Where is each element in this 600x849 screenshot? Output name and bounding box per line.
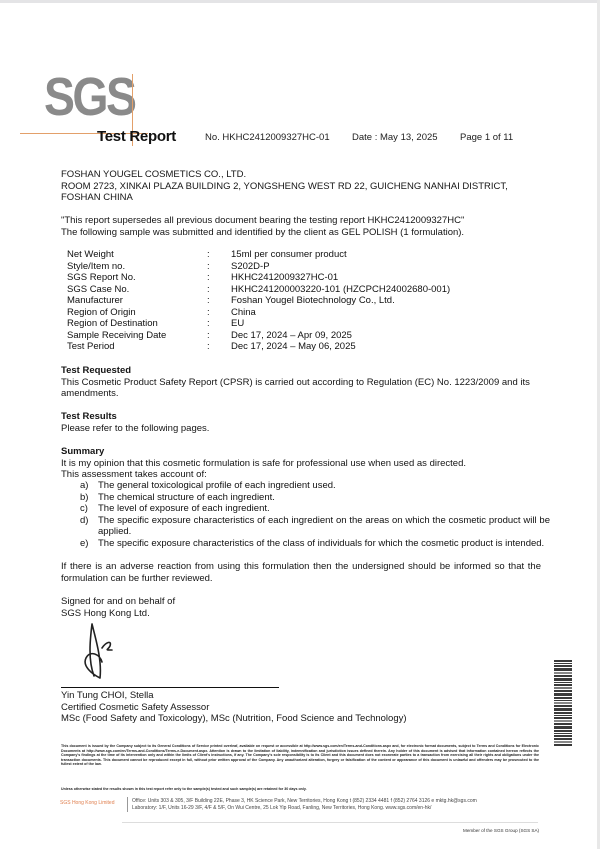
summary-closing: If there is an adverse reaction from usi… <box>61 561 541 584</box>
summary-intro: This assessment takes account of: <box>61 469 541 481</box>
sample-info-row: Test Period:Dec 17, 2024 – May 06, 2025 <box>67 341 450 353</box>
field-value: China <box>231 307 256 319</box>
intro-block: "This report supersedes all previous doc… <box>61 215 464 238</box>
test-requested-text: This Cosmetic Product Safety Report (CPS… <box>61 377 541 400</box>
sample-identification: The following sample was submitted and i… <box>61 227 464 239</box>
field-label: SGS Case No. <box>67 284 207 296</box>
report-date: Date : May 13, 2025 <box>352 132 438 143</box>
field-value: 15ml per consumer product <box>231 249 347 261</box>
member-statement: Member of the SGS Group (SGS SA) <box>463 828 539 833</box>
barcode-icon <box>554 660 572 762</box>
signed-for-block: Signed for and on behalf of SGS Hong Kon… <box>61 596 175 619</box>
test-results-section: Test Results Please refer to the followi… <box>61 411 541 434</box>
list-item: a)The general toxicological profile of e… <box>80 480 550 492</box>
field-label: Region of Destination <box>67 318 207 330</box>
footer-divider <box>127 797 128 812</box>
supersede-note: "This report supersedes all previous doc… <box>61 215 464 227</box>
page-indicator: Page 1 of 11 <box>460 132 513 143</box>
summary-section: Summary It is my opinion that this cosme… <box>61 446 541 481</box>
signatory-role: Certified Cosmetic Safety Assessor <box>61 702 407 714</box>
footer-rule <box>122 822 538 823</box>
field-label: Region of Origin <box>67 307 207 319</box>
test-results-text: Please refer to the following pages. <box>61 423 541 435</box>
sample-info-row: Region of Origin:China <box>67 307 450 319</box>
sample-info-row: SGS Case No.:HKHC241200003220-101 (HZCPC… <box>67 284 450 296</box>
list-item: e)The specific exposure characteristics … <box>80 538 550 550</box>
handwritten-signature-icon <box>78 620 128 682</box>
footer-office-address: Office: Units 303 & 305, 3/F Building 22… <box>132 798 477 805</box>
signatory-name: Yin Tung CHOI, Stella <box>61 690 407 702</box>
signatory-block: Yin Tung CHOI, Stella Certified Cosmetic… <box>61 690 407 725</box>
field-label: Style/Item no. <box>67 261 207 273</box>
client-address-line2: FOSHAN CHINA <box>61 192 508 204</box>
field-value: S202D-P <box>231 261 270 273</box>
sample-info-table: Net Weight:15ml per consumer product Sty… <box>67 249 450 353</box>
legal-disclaimer: This document is issued by the Company s… <box>61 744 539 767</box>
list-item: c)The level of exposure of each ingredie… <box>80 503 550 515</box>
report-number: No. HKHC2412009327HC-01 <box>205 132 330 143</box>
client-address-line1: ROOM 2723, XINKAI PLAZA BUILDING 2, YONG… <box>61 181 508 193</box>
field-value: HKHC2412009327HC-01 <box>231 272 338 284</box>
field-label: Net Weight <box>67 249 207 261</box>
summary-opinion: It is my opinion that this cosmetic form… <box>61 458 541 470</box>
field-label: Sample Receiving Date <box>67 330 207 342</box>
footer-contact: Office: Units 303 & 305, 3/F Building 22… <box>132 798 477 812</box>
sample-info-row: Net Weight:15ml per consumer product <box>67 249 450 261</box>
list-item: b)The chemical structure of each ingredi… <box>80 492 550 504</box>
field-value: Dec 17, 2024 – May 06, 2025 <box>231 341 356 353</box>
sample-info-row: Sample Receiving Date:Dec 17, 2024 – Apr… <box>67 330 450 342</box>
field-label: Manufacturer <box>67 295 207 307</box>
footer-lab-address: Laboratory: 1/F, Units 16-29 3/F, 4/F & … <box>132 805 477 812</box>
summary-heading: Summary <box>61 446 541 458</box>
field-value: Dec 17, 2024 – Apr 09, 2025 <box>231 330 352 342</box>
viewer-top-border <box>0 0 600 3</box>
test-results-heading: Test Results <box>61 411 541 423</box>
sgs-logo-text: SGS <box>44 70 134 124</box>
sample-info-row: Region of Destination:EU <box>67 318 450 330</box>
field-value: Foshan Yougel Biotechnology Co., Ltd. <box>231 295 395 307</box>
assessment-criteria-list: a)The general toxicological profile of e… <box>80 480 550 549</box>
footer-company: SGS Hong Kong Limited <box>60 800 114 806</box>
sample-info-row: SGS Report No.:HKHC2412009327HC-01 <box>67 272 450 284</box>
document-title: Test Report <box>97 128 176 145</box>
sample-info-row: Manufacturer:Foshan Yougel Biotechnology… <box>67 295 450 307</box>
signed-for-text: Signed for and on behalf of <box>61 596 175 608</box>
field-label: Test Period <box>67 341 207 353</box>
sample-retention-note: Unless otherwise stated the results show… <box>61 787 539 792</box>
sample-info-row: Style/Item no.:S202D-P <box>67 261 450 273</box>
list-item: d)The specific exposure characteristics … <box>80 515 550 538</box>
signatory-qualifications: MSc (Food Safety and Toxicology), MSc (N… <box>61 713 407 725</box>
test-requested-section: Test Requested This Cosmetic Product Saf… <box>61 365 541 400</box>
field-label: SGS Report No. <box>67 272 207 284</box>
field-value: EU <box>231 318 244 330</box>
signing-company: SGS Hong Kong Ltd. <box>61 608 175 620</box>
field-value: HKHC241200003220-101 (HZCPCH24002680-001… <box>231 284 450 296</box>
signature-line <box>61 687 279 688</box>
client-name: FOSHAN YOUGEL COSMETICS CO., LTD. <box>61 169 508 181</box>
test-requested-heading: Test Requested <box>61 365 541 377</box>
client-block: FOSHAN YOUGEL COSMETICS CO., LTD. ROOM 2… <box>61 169 508 204</box>
